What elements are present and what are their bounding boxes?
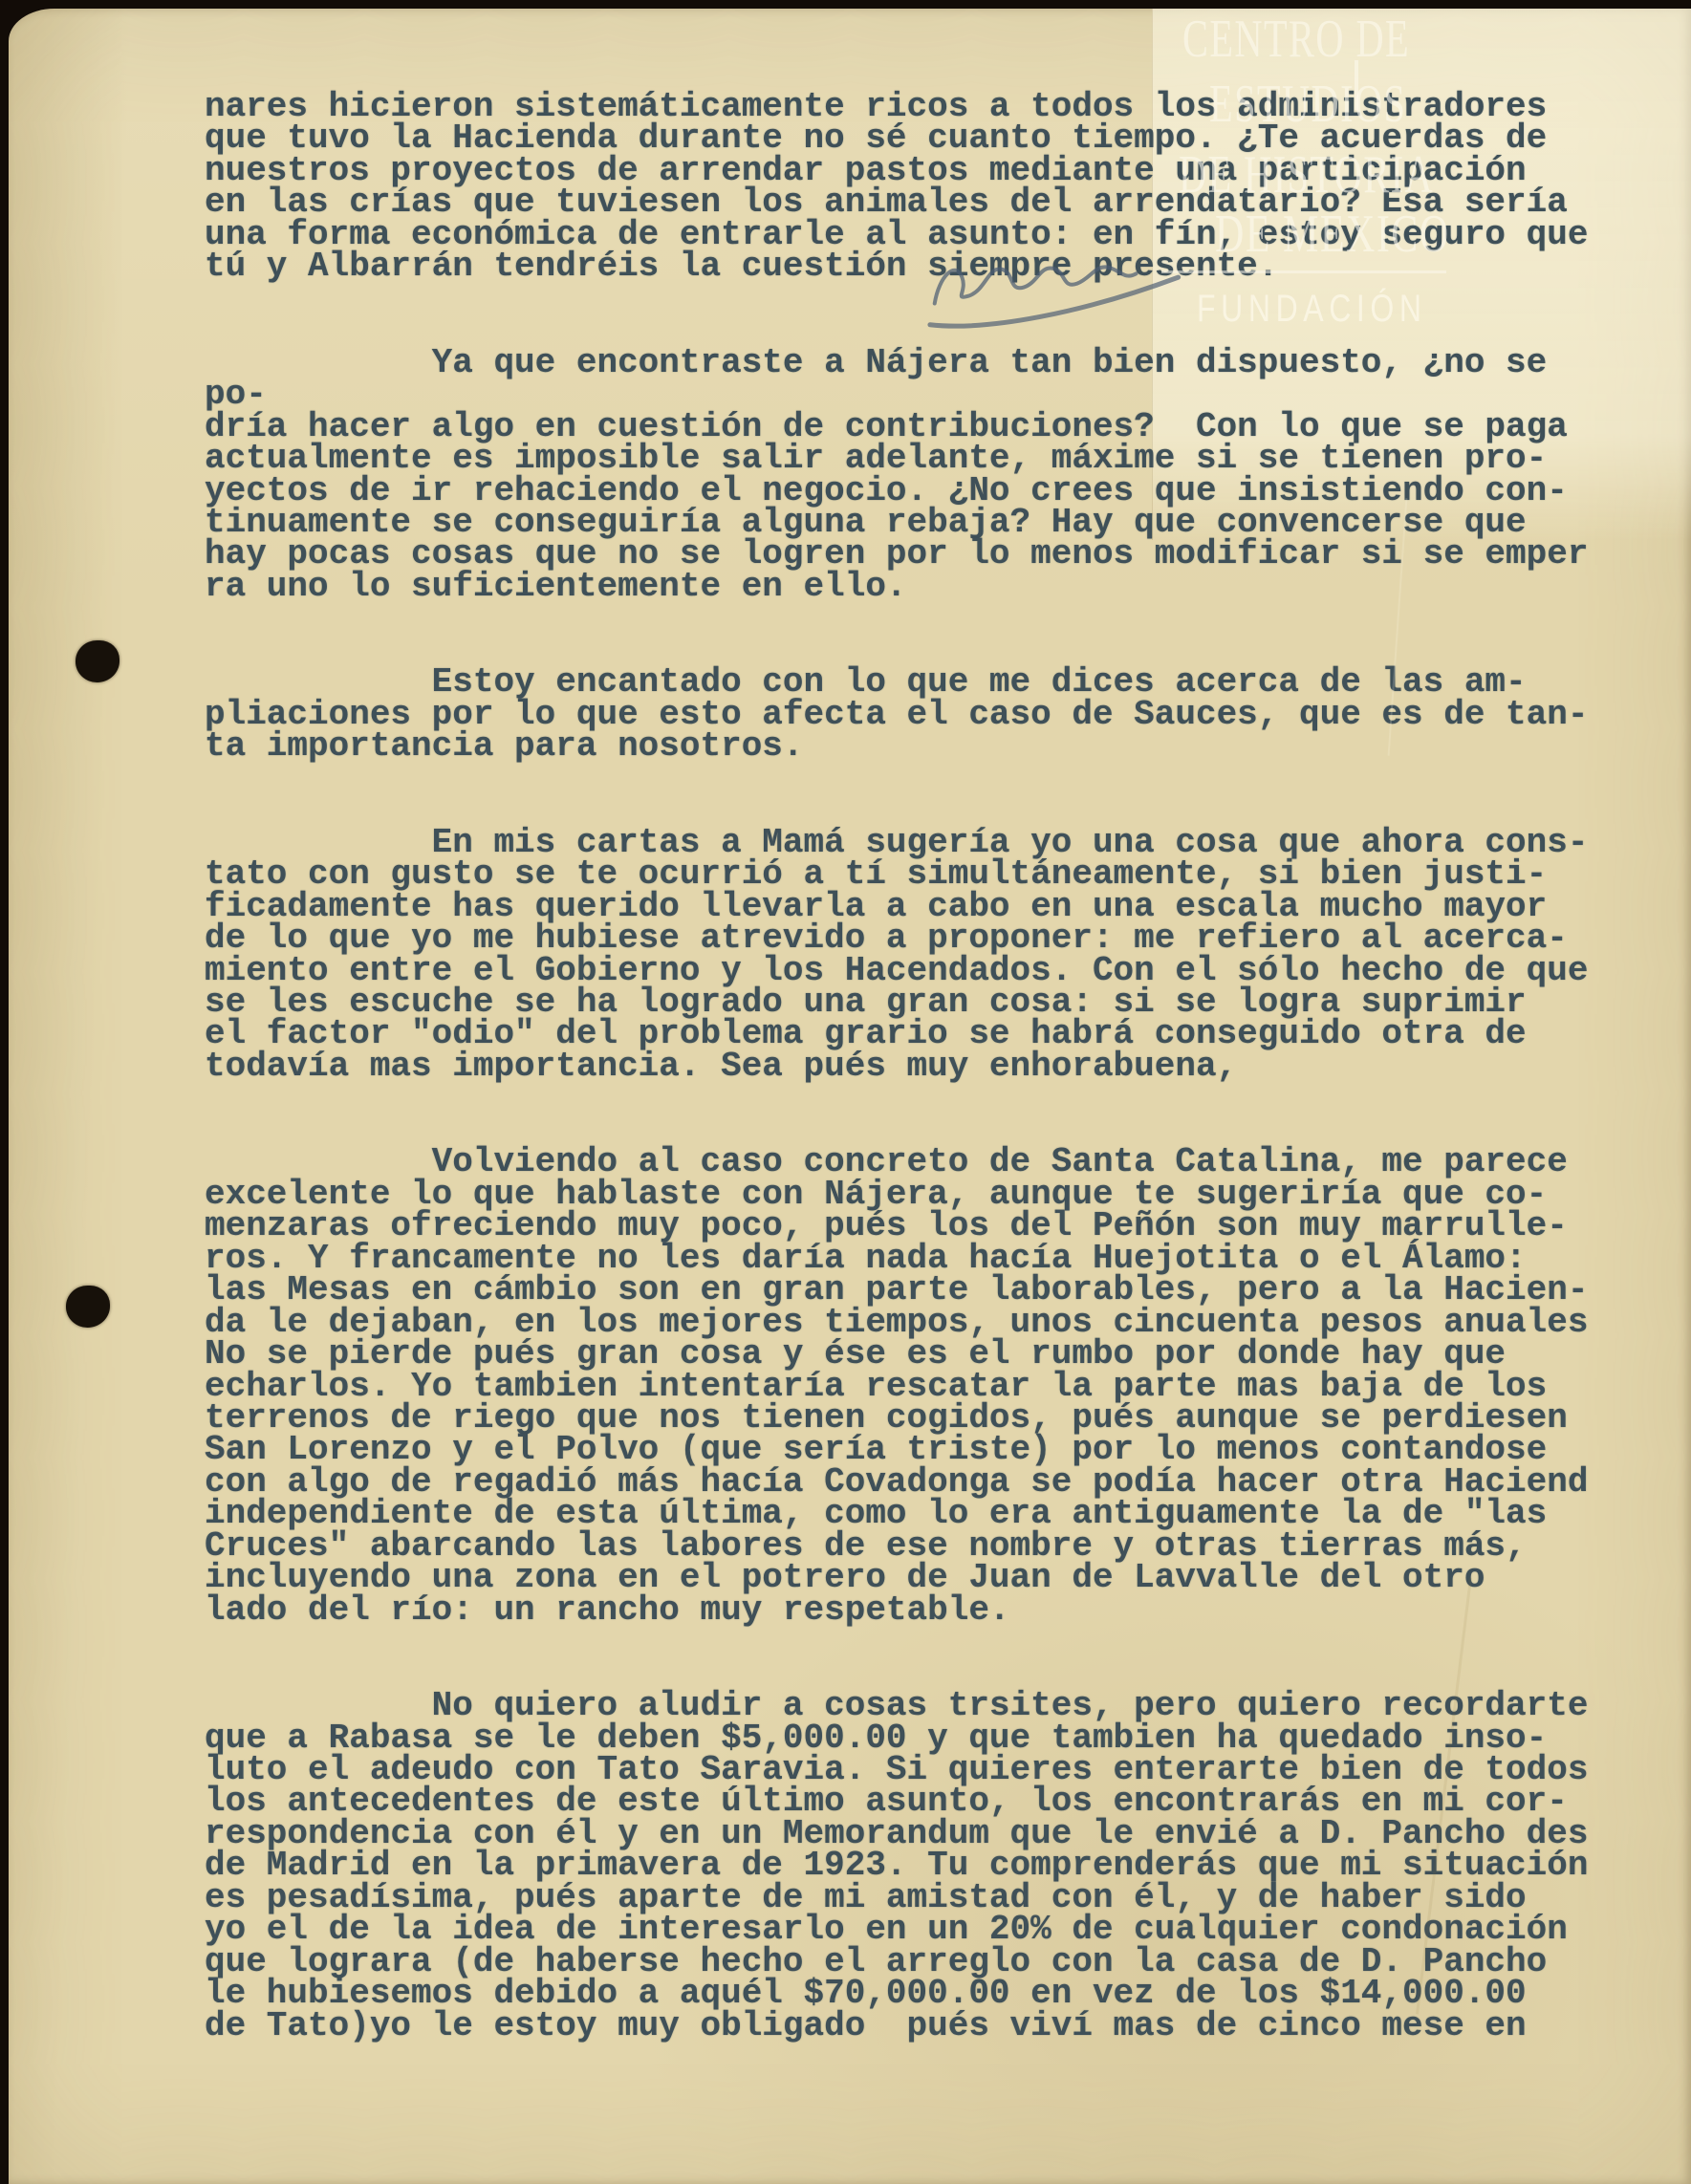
watermark-de-mexico: DE MEXICO — [1215, 204, 1450, 265]
watermark-underline — [1161, 270, 1446, 273]
scan-background: nares hicieron sistemáticamente ricos a … — [0, 0, 1691, 2184]
hole-punch-bottom — [66, 1286, 110, 1328]
paragraph: No quiero aludir a cosas trsites, pero q… — [205, 1690, 1610, 2042]
hole-punch-top — [76, 640, 119, 682]
paragraph: Ya que encontraste a Nájera tan bien dis… — [205, 347, 1610, 603]
paper-sheet: nares hicieron sistemáticamente ricos a … — [9, 9, 1691, 2184]
watermark-centro-de: CENTRO DE — [1182, 9, 1410, 70]
watermark-de-historia: DE HISTORIA — [1179, 144, 1434, 205]
watermark-fundacion: FUNDACIÓN — [1197, 288, 1427, 331]
watermark-estudios: ESTUDIOS — [1209, 74, 1406, 135]
paragraph: En mis cartas a Mamá sugería yo una cosa… — [205, 827, 1610, 1083]
handwritten-signature-icon — [916, 227, 1188, 347]
letter-body: nares hicieron sistemáticamente ricos a … — [205, 91, 1610, 2106]
paragraph: Estoy encantado con lo que me dices acer… — [205, 666, 1610, 762]
paragraph: Volviendo al caso concreto de Santa Cata… — [205, 1146, 1610, 1626]
